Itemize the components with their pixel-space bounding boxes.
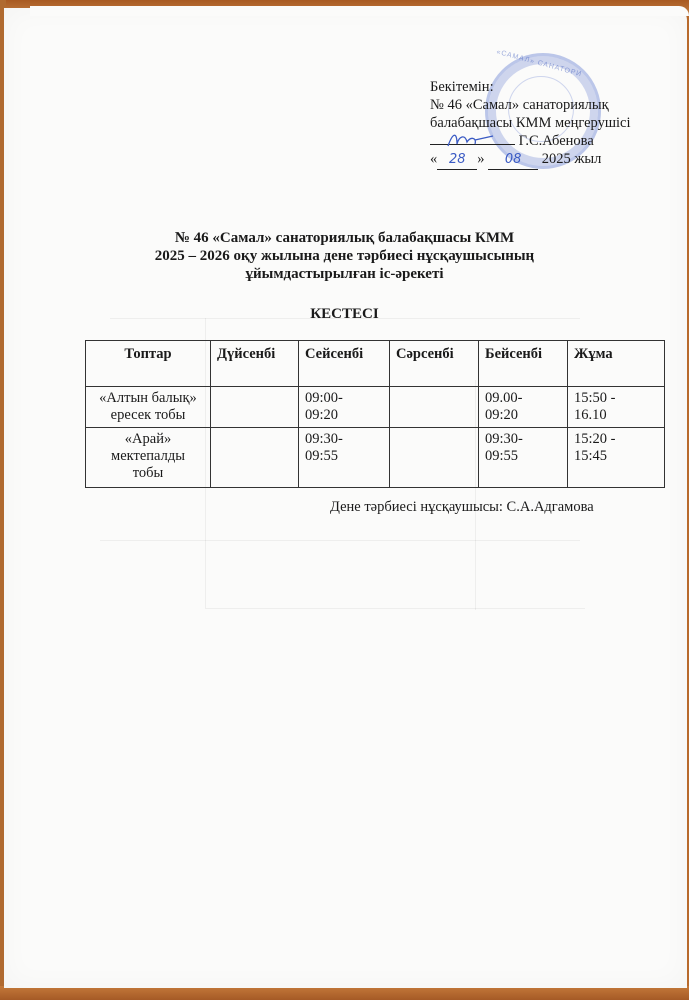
group-name-cell: «Арай»мектепалдытобы — [86, 428, 211, 488]
column-header-wednesday: Сәрсенбі — [390, 341, 479, 387]
schedule-cell-friday: 15:50 -16.10 — [568, 387, 665, 428]
column-header-thursday: Бейсенбі — [479, 341, 568, 387]
schedule-cell-tuesday: 09:00-09:20 — [299, 387, 390, 428]
approval-organization: № 46 «Самал» санаториялық — [430, 96, 631, 114]
schedule-cell-wednesday — [390, 387, 479, 428]
approval-date: «28» 08 2025 жыл — [430, 150, 631, 170]
column-header-tuesday: Сейсенбі — [299, 341, 390, 387]
schedule-heading: КЕСТЕСІ — [0, 306, 689, 323]
column-header-monday: Дүйсенбі — [211, 341, 299, 387]
date-day: 28 — [449, 152, 466, 167]
date-day-field: 28 — [437, 150, 477, 170]
schedule-cell-thursday: 09:30-09:55 — [479, 428, 568, 488]
instructor-signature-line: Дене тәрбиесі нұсқаушысы: С.А.Адгамова — [330, 499, 594, 516]
document-title-line3: ұйымдастырылған іс-әрекеті — [0, 265, 689, 283]
paper-edge — [30, 6, 689, 16]
approval-label: Бекітемін: — [430, 78, 631, 96]
column-header-groups: Топтар — [86, 341, 211, 387]
document-title-line1: № 46 «Самал» санаториялық балабақшасы КМ… — [0, 229, 689, 247]
schedule-cell-thursday: 09.00-09:20 — [479, 387, 568, 428]
group-name-cell: «Алтын балық»ересек тобы — [86, 387, 211, 428]
table-row: «Арай»мектепалдытобы09:30-09:5509:30-09:… — [86, 428, 665, 488]
column-header-friday: Жұма — [568, 341, 665, 387]
document-title-line2: 2025 – 2026 оқу жылына дене тәрбиесі нұс… — [0, 247, 689, 265]
date-quote-close: » — [477, 151, 484, 167]
signatory-name: Г.С.Абенова — [519, 133, 594, 149]
schedule-table: Топтар Дүйсенбі Сейсенбі Сәрсенбі Бейсен… — [85, 340, 665, 488]
wood-background-bottom — [0, 986, 689, 1000]
table-header-row: Топтар Дүйсенбі Сейсенбі Сәрсенбі Бейсен… — [86, 341, 665, 387]
date-year: 2025 жыл — [542, 151, 602, 167]
schedule-cell-monday — [211, 387, 299, 428]
schedule-cell-friday: 15:20 -15:45 — [568, 428, 665, 488]
schedule-cell-tuesday: 09:30-09:55 — [299, 428, 390, 488]
date-quote-open: « — [430, 151, 437, 167]
schedule-cell-wednesday — [390, 428, 479, 488]
table-row: «Алтын балық»ересек тобы09:00-09:2009.00… — [86, 387, 665, 428]
date-month: 08 — [505, 152, 522, 167]
signature-icon — [445, 130, 500, 150]
approval-block: Бекітемін: № 46 «Самал» санаториялық бал… — [430, 78, 631, 170]
date-month-field: 08 — [488, 150, 538, 170]
schedule-cell-monday — [211, 428, 299, 488]
